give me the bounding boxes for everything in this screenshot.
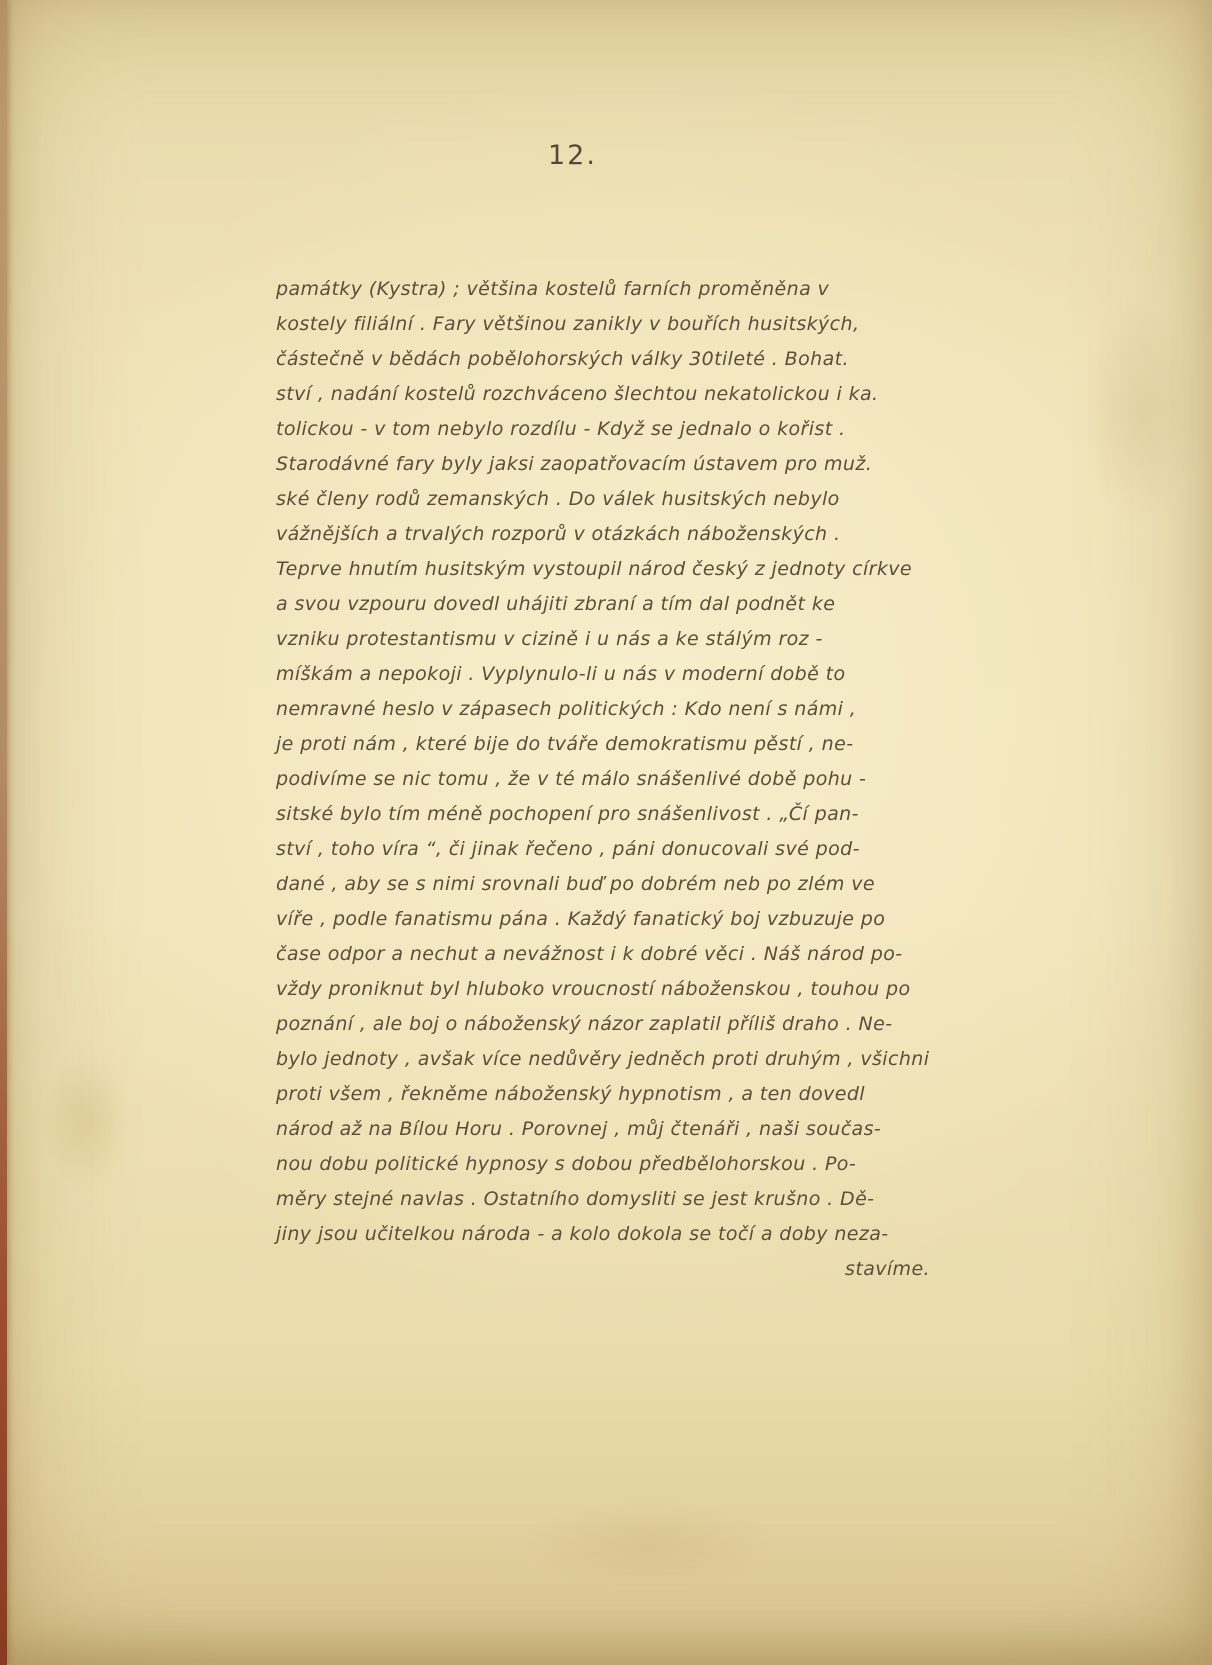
text-line: vzniku protestantismu v cizině i u nás a… [276, 622, 988, 657]
text-line: kostely filiální . Fary většinou zanikly… [276, 307, 988, 342]
text-line: nou dobu politické hypnosy s dobou předb… [276, 1147, 988, 1182]
text-line: ské členy rodů zemanských . Do válek hus… [276, 482, 988, 517]
text-line: ství , nadání kostelů rozchváceno šlecht… [276, 377, 988, 412]
text-line: národ až na Bílou Horu . Porovnej , můj … [276, 1112, 988, 1147]
text-line: památky (Kystra) ; většina kostelů farní… [276, 272, 988, 307]
text-line: jiny jsou učitelkou národa - a kolo doko… [276, 1217, 988, 1252]
text-line: míškám a nepokoji . Vyplynulo-li u nás v… [276, 657, 988, 692]
text-line: podivíme se nic tomu , že v té málo snáš… [276, 762, 988, 797]
text-line: proti všem , řekněme náboženský hypnotis… [276, 1077, 988, 1112]
text-line: tolickou - v tom nebylo rozdílu - Když s… [276, 412, 988, 447]
text-line: bylo jednoty , avšak více nedůvěry jedně… [276, 1042, 988, 1077]
paper-stain [520, 1500, 780, 1590]
manuscript-text: památky (Kystra) ; většina kostelů farní… [276, 272, 988, 1287]
paper-stain [40, 1050, 130, 1190]
paper-stain [1080, 300, 1200, 520]
text-line: a svou vzpouru dovedl uhájiti zbraní a t… [276, 587, 988, 622]
manuscript-page-scan: 12. památky (Kystra) ; většina kostelů f… [0, 0, 1212, 1665]
text-line: víře , podle fanatismu pána . Každý fana… [276, 902, 988, 937]
text-line: sitské bylo tím méně pochopení pro snáše… [276, 797, 988, 832]
text-line: vážnějších a trvalých rozporů v otázkách… [276, 517, 988, 552]
text-line: Starodávné fary byly jaksi zaopatřovacím… [276, 447, 988, 482]
text-line-closing: stavíme. [276, 1252, 988, 1287]
text-line: Teprve hnutím husitským vystoupil národ … [276, 552, 988, 587]
text-line: částečně v bědách pobělohorských války 3… [276, 342, 988, 377]
text-line: dané , aby se s nimi srovnali buď po dob… [276, 867, 988, 902]
text-line: čase odpor a nechut a nevážnost i k dobr… [276, 937, 988, 972]
text-line: je proti nám , které bije do tváře demok… [276, 727, 988, 762]
text-line: vždy proniknut byl hluboko vroucností ná… [276, 972, 988, 1007]
binding-edge [0, 0, 7, 1665]
text-line: ství , toho víra “, či jinak řečeno , pá… [276, 832, 988, 867]
page-number: 12. [548, 140, 597, 171]
text-line: měry stejné navlas . Ostatního domysliti… [276, 1182, 988, 1217]
text-line: nemravné heslo v zápasech politických : … [276, 692, 988, 727]
text-line: poznání , ale boj o náboženský názor zap… [276, 1007, 988, 1042]
